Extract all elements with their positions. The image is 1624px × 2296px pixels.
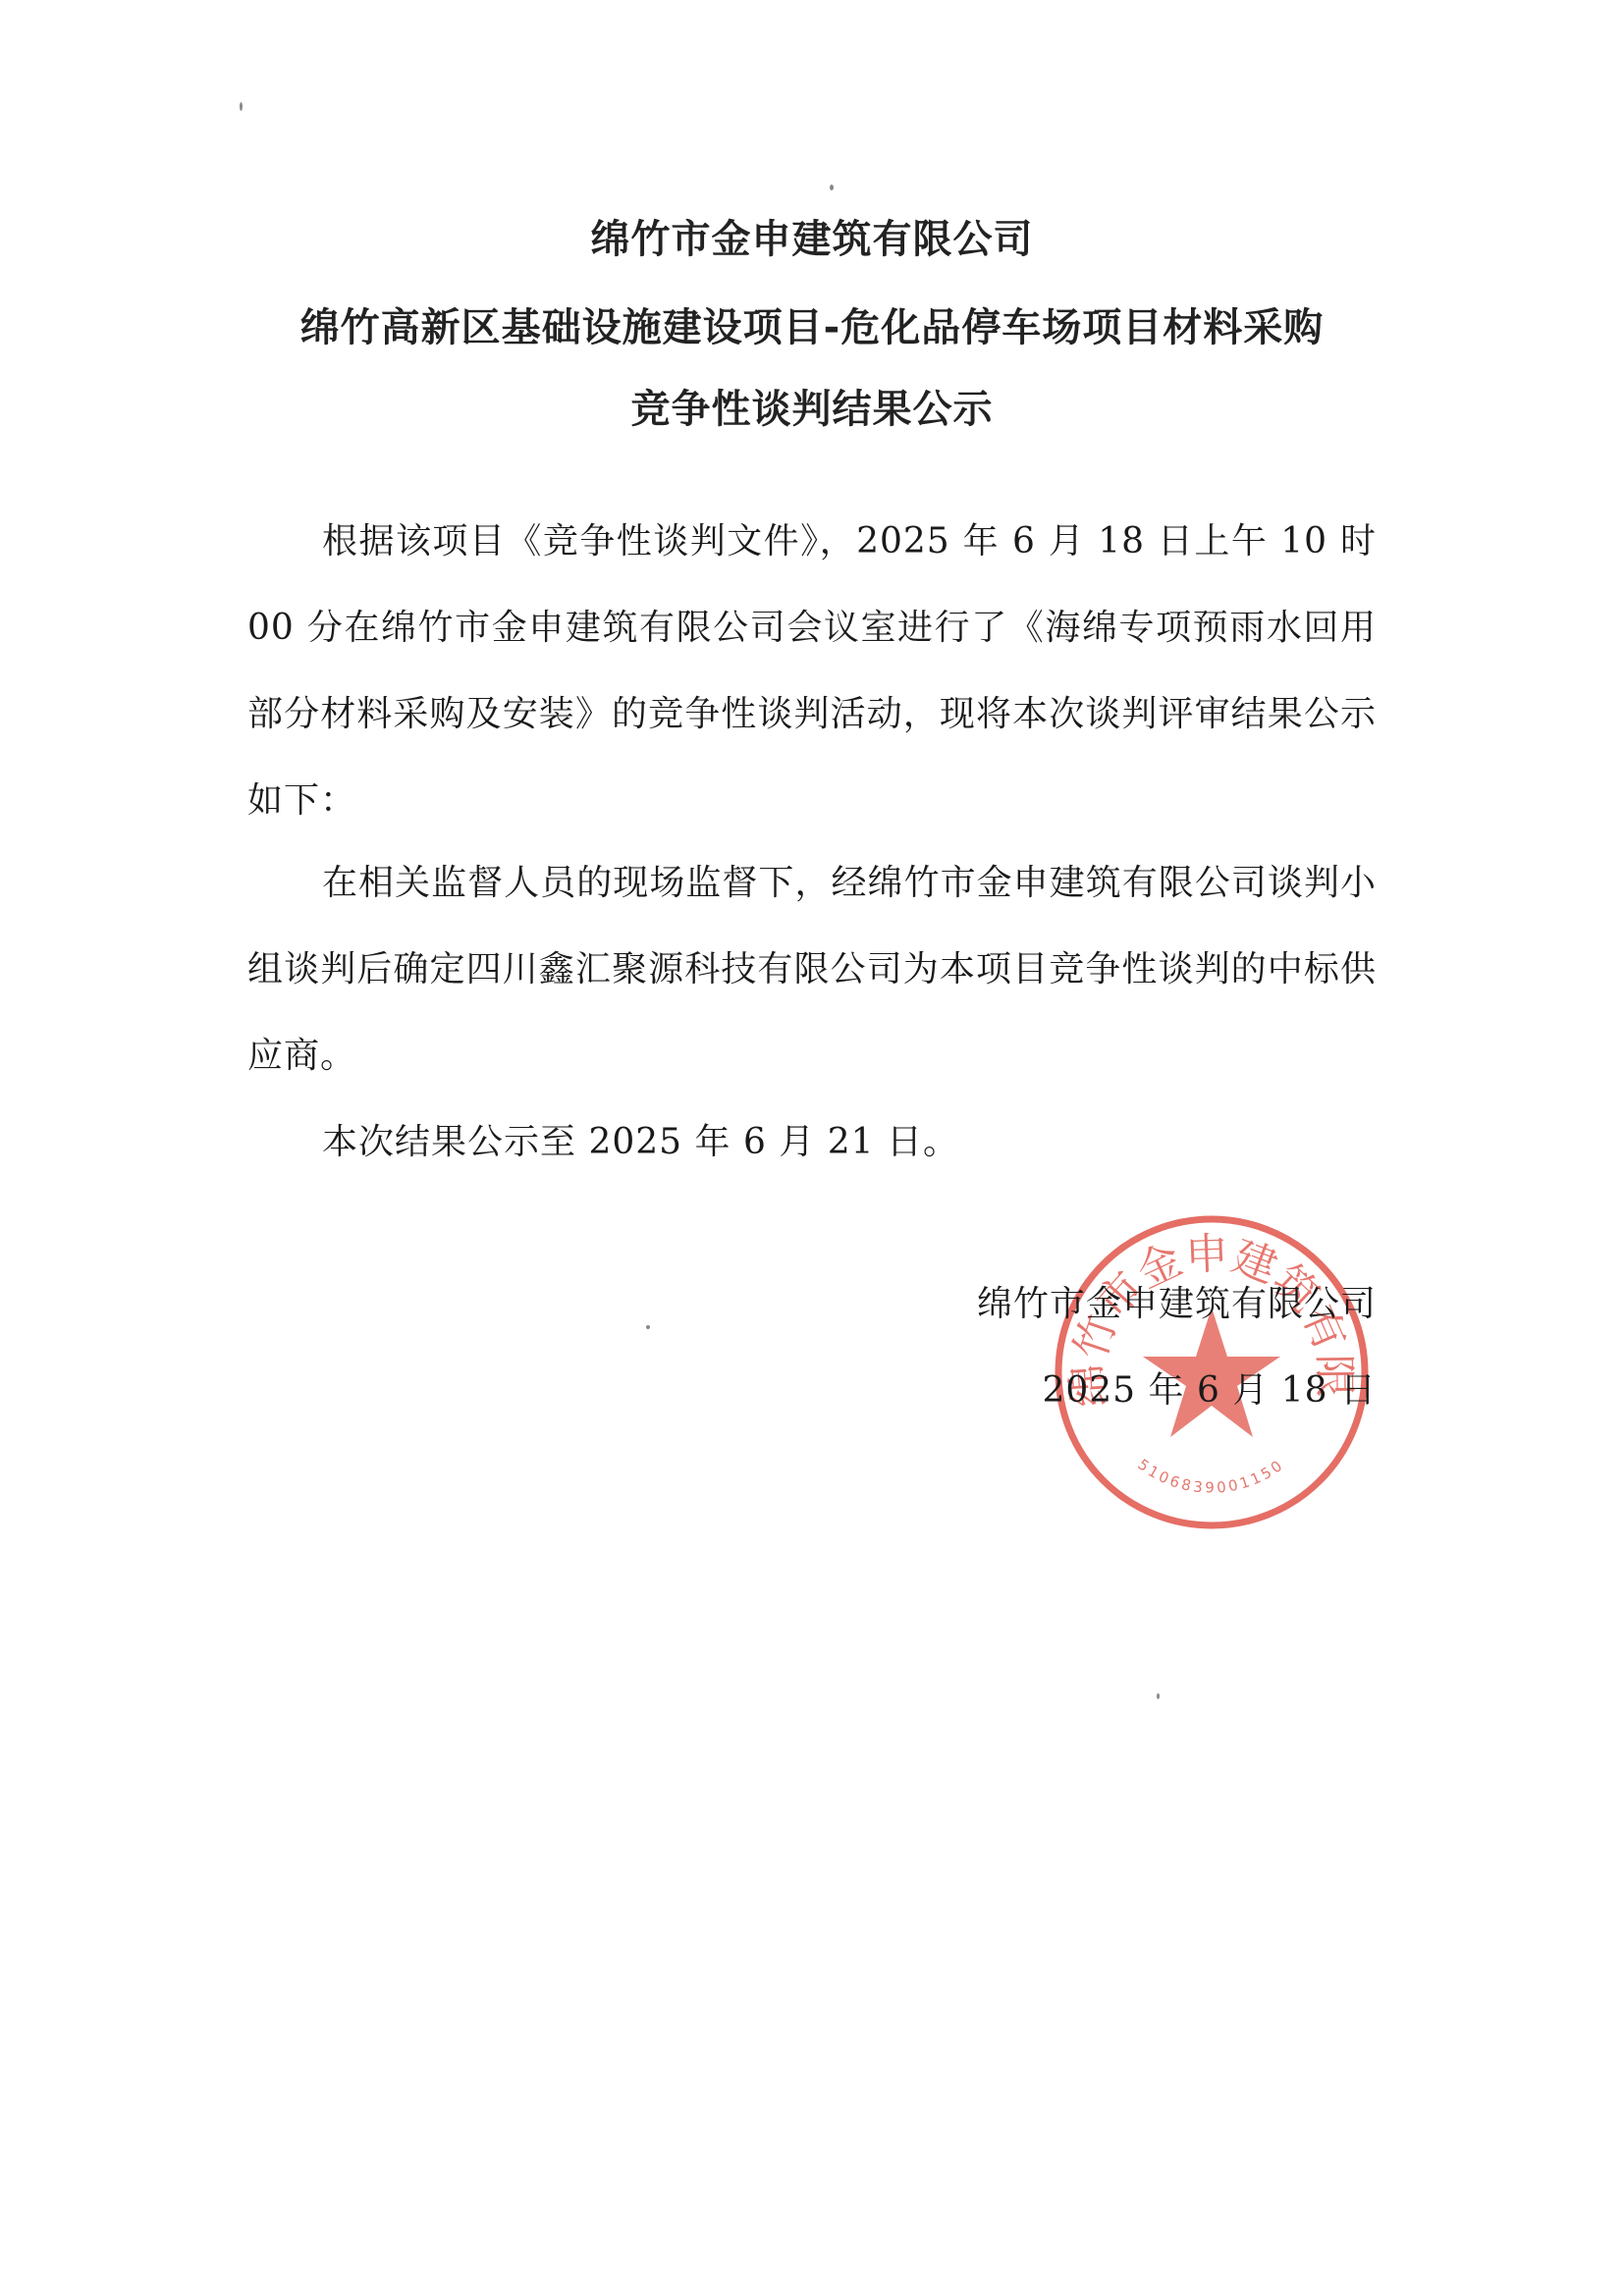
scan-speck <box>830 185 834 190</box>
signature-company: 绵竹市金申建筑有限公司 <box>977 1276 1377 1326</box>
scan-speck <box>240 102 243 111</box>
seal-code: 5106839001150 <box>1134 1456 1287 1497</box>
signature-date: 2025 年 6 月 18 日 <box>1042 1362 1377 1413</box>
scan-speck <box>646 1325 650 1329</box>
notice-title: 竞争性谈判结果公示 <box>0 378 1624 434</box>
scan-speck <box>1157 1693 1160 1699</box>
company-title: 绵竹市金申建筑有限公司 <box>0 208 1624 264</box>
paragraph-publicity-period: 本次结果公示至 2025 年 6 月 21 日。 <box>247 1099 1377 1186</box>
paragraph-negotiation-info: 根据该项目《竞争性谈判文件》，2025 年 6 月 18 日上午 10 时 00… <box>247 499 1377 844</box>
svg-text:5106839001150: 5106839001150 <box>1134 1456 1287 1497</box>
project-title: 绵竹高新区基础设施建设项目-危化品停车场项目材料采购 <box>0 296 1624 352</box>
paragraph-winning-supplier: 在相关监督人员的现场监督下，经绵竹市金申建筑有限公司谈判小组谈判后确定四川鑫汇聚… <box>247 840 1377 1099</box>
